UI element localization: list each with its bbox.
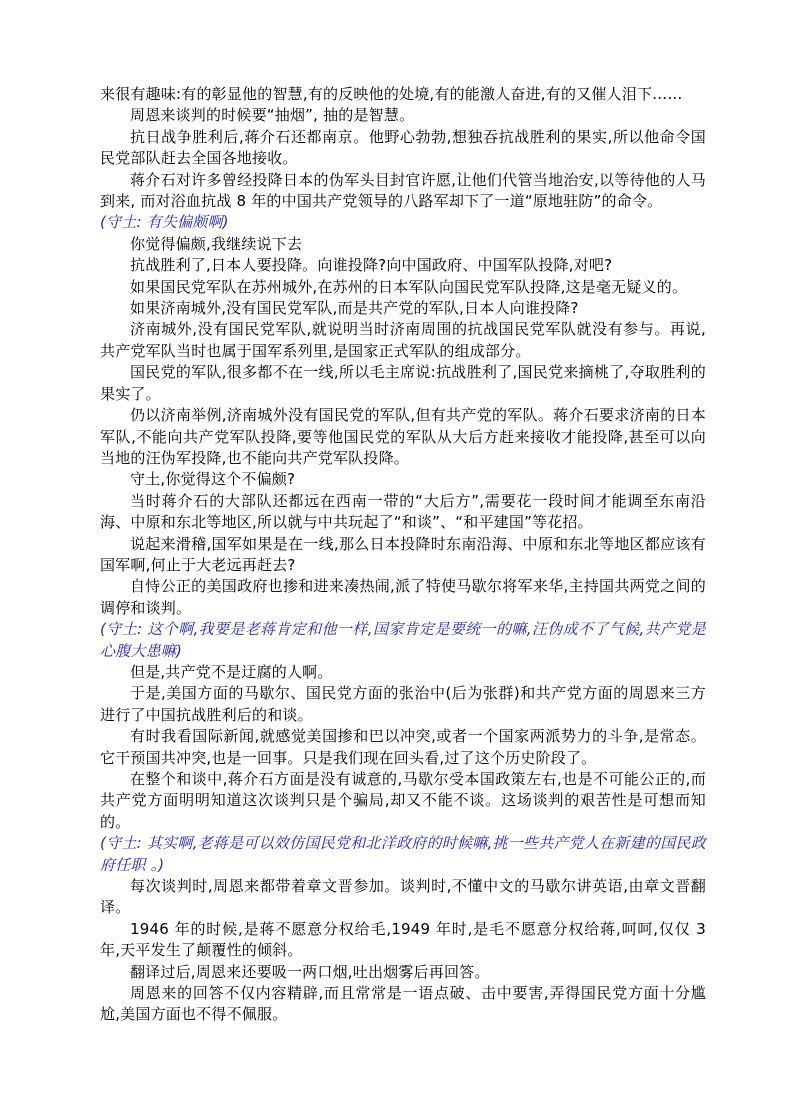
body-paragraph: 周恩来的回答不仅内容精辟,而且常常是一语点破、击中要害,弄得国民党方面十分尴尬,… <box>100 983 706 1026</box>
body-paragraph: 如果济南城外,没有国民党军队,而是共产党的军队,日本人向谁投降? <box>100 298 706 319</box>
body-paragraph: 仍以济南举例,济南城外没有国民党的军队,但有共产党的军队。蒋介石要求济南的日本军… <box>100 405 706 469</box>
document-body: 来很有趣味:有的彰显他的智慧,有的反映他的处境,有的能激人奋进,有的又催人泪下…… <box>100 84 706 1026</box>
annotation-paragraph: (守土: 这个啊,我要是老蒋肯定和他一样,国家肯定是要统一的嘛,汪伪成不了气候,… <box>100 619 706 662</box>
annotation-paragraph: (守土: 有失偏颇啊) <box>100 212 706 233</box>
body-paragraph: 抗日战争胜利后,蒋介石还都南京。他野心勃勃,想独吞抗战胜利的果实,所以他命令国民… <box>100 127 706 170</box>
body-paragraph: 有时我看国际新闻,就感觉美国掺和巴以冲突,或者一个国家两派势力的斗争,是常态。它… <box>100 726 706 769</box>
body-paragraph: 周恩来谈判的时候要“抽烟”, 抽的是智慧。 <box>100 105 706 126</box>
body-paragraph: 守土,你觉得这个不偏颇? <box>100 469 706 490</box>
document-page: 来很有趣味:有的彰显他的智慧,有的反映他的处境,有的能激人奋进,有的又催人泪下…… <box>0 0 800 1100</box>
body-paragraph: 抗战胜利了,日本人要投降。向谁投降?向中国政府、中国军队投降,对吧? <box>100 255 706 276</box>
body-paragraph: 国民党的军队,很多都不在一线,所以毛主席说:抗战胜利了,国民党来摘桃了,夺取胜利… <box>100 362 706 405</box>
body-paragraph: 济南城外,没有国民党军队,就说明当时济南周围的抗战国民党军队就没有参与。再说,共… <box>100 319 706 362</box>
body-paragraph: 来很有趣味:有的彰显他的智慧,有的反映他的处境,有的能激人奋进,有的又催人泪下…… <box>100 84 706 105</box>
body-paragraph: 自恃公正的美国政府也掺和进来凑热闹,派了特使马歇尔将军来华,主持国共两党之间的调… <box>100 576 706 619</box>
body-paragraph: 在整个和谈中,蒋介石方面是没有诚意的,马歇尔受本国政策左右,也是不可能公正的,而… <box>100 769 706 833</box>
body-paragraph: 如果国民党军队在苏州城外,在苏州的日本军队向国民党军队投降,这是毫无疑义的。 <box>100 277 706 298</box>
body-paragraph: 你觉得偏颇,我继续说下去 <box>100 234 706 255</box>
body-paragraph: 当时蒋介石的大部队还都远在西南一带的“大后方”,需要花一段时间才能调至东南沿海、… <box>100 491 706 534</box>
body-paragraph: 1946 年的时候,是蒋不愿意分权给毛,1949 年时,是毛不愿意分权给蒋,呵呵… <box>100 919 706 962</box>
body-paragraph: 每次谈判时,周恩来都带着章文晋参加。谈判时,不懂中文的马歇尔讲英语,由章文晋翻译… <box>100 876 706 919</box>
body-paragraph: 但是,共产党不是迂腐的人啊。 <box>100 662 706 683</box>
body-paragraph: 说起来滑稽,国军如果是在一线,那么日本投降时东南沿海、中原和东北等地区都应该有国… <box>100 534 706 577</box>
body-paragraph: 翻译过后,周恩来还要吸一两口烟,吐出烟雾后再回答。 <box>100 962 706 983</box>
body-paragraph: 于是,美国方面的马歇尔、国民党方面的张治中(后为张群)和共产党方面的周恩来三方进… <box>100 683 706 726</box>
body-paragraph: 蒋介石对许多曾经投降日本的伪军头目封官许愿,让他们代管当地治安,以等待他的人马到… <box>100 170 706 213</box>
annotation-paragraph: (守土: 其实啊,老蒋是可以效仿国民党和北洋政府的时候嘛,挑一些共产党人在新建的… <box>100 833 706 876</box>
